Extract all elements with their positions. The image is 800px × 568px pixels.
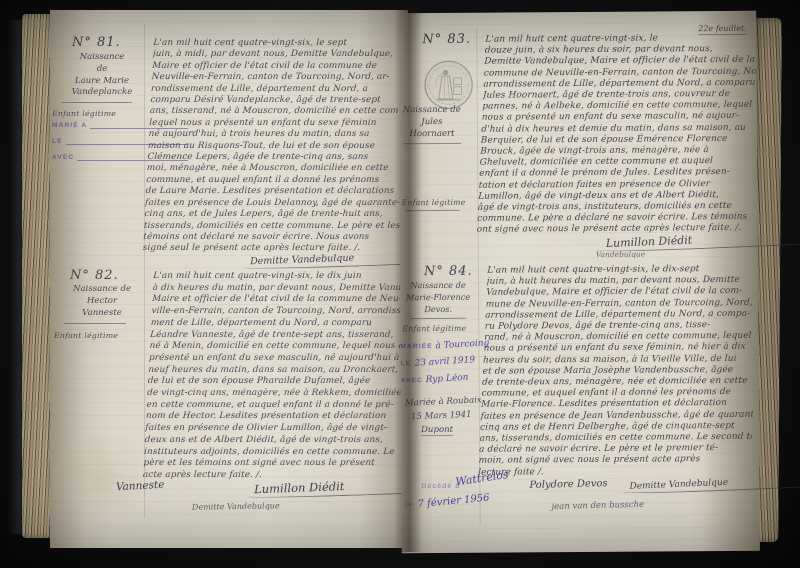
act-text-line: maison au Risquons-Tout, de lui et de so… [148,141,411,152]
margin-name-81: NaissancedeLaure MarieVandeplancke [50,52,154,99]
margin-name-line: Laure Marie [50,76,154,88]
officer-signature-83: Vandebulque [596,250,645,259]
second-marriage-spouse: Dupont [421,425,453,436]
act-text-line: L'an mil huit cent quatre-vingt-six, le … [153,271,416,283]
act-text-line: cinq ans, et de Jules Lepers, âgé de tre… [144,209,407,220]
margin-name-line: Jules [399,117,465,129]
act-82-text: L'an mil huit cent quatre-vingt-six, le … [142,271,415,482]
second-marriage-date: 15 Mars 1941 [411,410,472,423]
act-text-line: moi, ménagère, née à Mouscron, domicilié… [147,163,410,174]
margin-name-line: Vanneste [50,308,154,320]
marriage-spouse: Ryp Léon [426,373,469,386]
stamp-label-marie-a: MARIÉ A [52,122,87,129]
act-text-line: présenté un enfant du sexe masculin, né … [149,353,412,365]
act-text-line: enfant il a donné le prénom de Jules. Le… [479,167,752,180]
act-text-line: de lui et de son épouse Pharailde Dufame… [147,376,410,388]
act-text-line: tisserands, domiciliés en cette commune.… [144,221,407,232]
left-page: N° 81. NaissancedeLaure MarieVandeplanck… [50,10,408,548]
margin-underline [405,210,459,211]
margin-underline [403,143,461,144]
margin-name-line: Marie-Florence [400,292,476,304]
margin-name-line: Vandeplancke [50,87,154,99]
margin-name-line: Devos. [400,303,476,315]
officer-signature-82: Demitte Vandebulque [192,501,280,512]
act-text-line: en cette commune, et auquel enfant il a … [146,400,409,412]
act-text-line: faites en présence de Olivier Lumillon, … [145,423,408,435]
stamp-label-avec: AVEC [52,154,74,161]
act-text-line: deux ans et de Albert Diédit, âgé de vin… [144,435,407,447]
act-text-line: à dix heures du matin, par devant nous, … [152,283,415,295]
margin-name-line: Naissance de [399,105,465,117]
act-number-81: N° 81. [72,35,121,50]
act-text-line: neuf heures du matin, dans sa maison, au… [148,365,411,377]
act-text-line: nom de Hector. Lesdites présentation et … [146,411,409,423]
act-text-line: commune, et auquel enfant il a donné les… [146,175,409,186]
act-text-line: rondissement de Lille, département du No… [151,84,414,95]
fiscal-seal-icon [422,59,474,111]
act-81-text: L'an mil huit cent quatre-vingt-six, le … [142,38,415,255]
act-text-line: juin, à midi, par devant nous, Demitte V… [152,49,415,60]
marriage-date: 23 avril 1919 [414,355,475,369]
act-text-line: Clémence Lepers, âgée de trente-cinq ans… [147,152,410,163]
margin-underline [410,318,466,319]
act-text-line: père et les témoins ont signé avec nous … [143,458,406,470]
witness-signature-84: jean van den bussche [551,500,644,512]
margin-name-line: Hoornaert [399,128,465,140]
act-text-line: lecture faite /. [478,465,751,478]
act-text-line: ment de Lille, département du Nord, a co… [150,318,413,330]
margin-name-83: Naissance deJulesHoornaert [399,105,465,141]
act-text-line: de Laure Marie. Lesdites présentation et… [145,186,408,197]
margin-name-line: Hector [50,296,154,308]
margin-note-82: Enfant légitime [54,331,118,340]
act-84-text: L'an mil huit cent quatre-vingt-six, le … [478,264,760,479]
stamp-label-avec: AVEC [401,377,423,384]
margin-name-line: de [50,64,154,76]
second-marriage-place: Mariée à Roubaix [405,395,482,408]
act-number-82: N° 82. [70,268,119,283]
act-text-line: né aujourd'hui, à trois heures du matin,… [148,129,411,140]
act-text-line: Léandre Vanneste, âgé de trente-sept ans… [150,330,413,342]
margin-name-82: Naissance deHectorVanneste [50,284,154,319]
margin-underline [62,102,132,103]
act-text-line: témoins ont déclaré ne savoir écrire. No… [143,232,406,243]
act-text-line: de vingt-cinq ans, ménagère, née à Rekke… [147,388,410,400]
act-text-line: comparu Désiré Vandeplancke, âgé de tren… [150,95,413,106]
act-number-83: N° 83. [422,32,471,47]
act-text-line: Maire et officier de l'état civil de la … [152,61,415,72]
margin-note-84: Enfant légitime [402,324,466,333]
act-text-line: faites en présence de Louis Delannoy, âg… [145,198,408,209]
margin-name-line: Naissance [50,52,154,64]
right-page: 22e feuillet. N° 83. Naissance deJulesHo… [398,11,760,553]
death-stamp-label: Décédé à [421,483,460,490]
act-text-line: instituteurs adjoints, domiciliés en cet… [144,447,407,459]
act-text-line: né à Menin, domicilié en cette commune, … [149,341,412,353]
act-text-line: ans, tisserand, né à Mouscron, domicilié… [149,106,412,117]
father-signature-82: Vanneste [116,479,165,494]
margin-name-line: Naissance de [50,284,154,296]
death-place: Wattrelos [455,468,510,489]
margin-name-line: Naissance de [400,280,476,292]
act-83-text: L'an mil huit cent quatre-vingt-six, led… [476,33,757,237]
register-book-photo: N° 81. NaissancedeLaure MarieVandeplanck… [0,0,800,568]
act-text-line: Maire et officier de l'état civil de la … [152,294,415,306]
act-text-line: ville-en-Ferrain, canton de Tourcoing, N… [151,306,414,318]
act-text-line: L'an mil huit cent quatre-vingt-six, le … [153,38,416,49]
marriage-place: à Tourcoing [435,338,489,351]
paper-stain [60,430,150,520]
margin-name-84: Naissance deMarie-FlorenceDevos. [400,280,476,316]
father-signature-84: Polydore Devos [529,478,607,491]
stamp-label-le: LE [401,360,412,367]
margin-underline [64,323,126,324]
act-text-line: Neuville-en-Ferrain, canton de Tourcoing… [151,72,414,83]
death-stamp-label-le: le [406,501,414,508]
act-text-line: lequel nous a présenté un enfant du sexe… [149,118,412,129]
stamp-label-le: LE [52,138,63,145]
act-number-84: N° 84. [424,264,473,279]
margin-note-83: Enfant légitime [401,198,465,207]
stamp-label-mariee: MARIÉE [400,343,432,350]
margin-note-81: Enfant légitime [52,109,116,118]
